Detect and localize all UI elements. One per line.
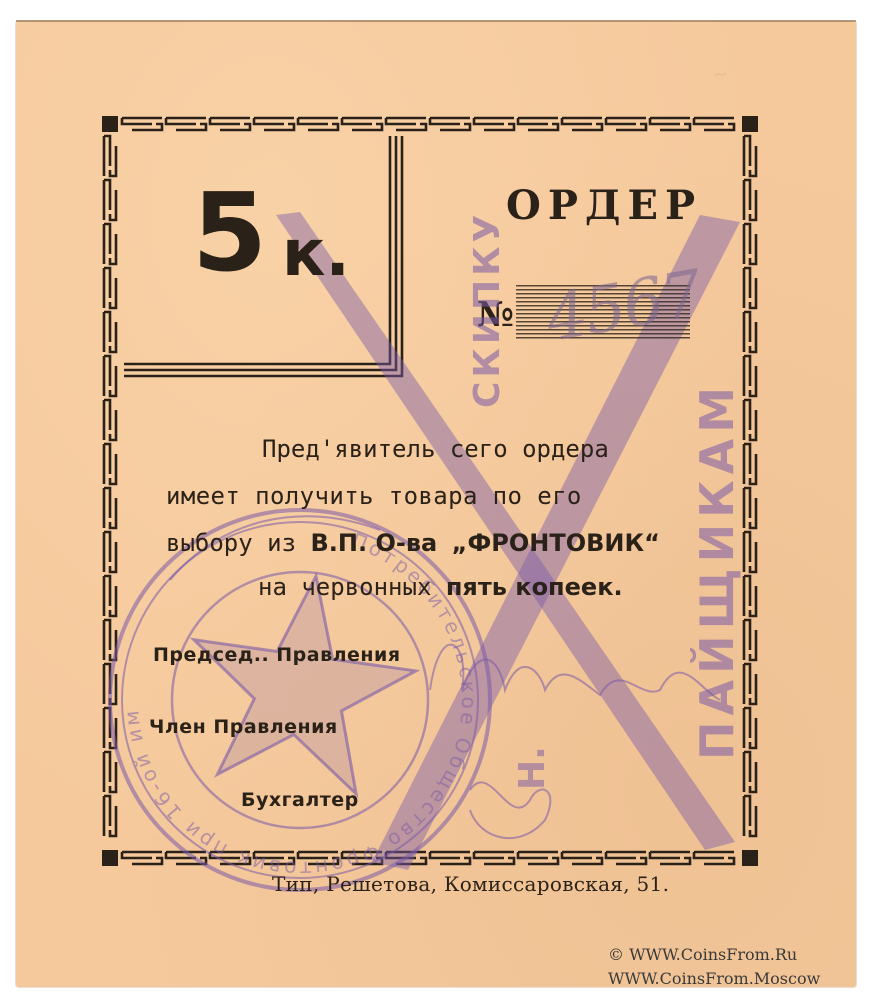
body-line-2: имеет получить товара по его — [166, 484, 582, 508]
denomination-value: 5 — [192, 180, 269, 288]
stamp-vertical-right: ПАЙЩИКАМ — [694, 381, 740, 760]
amount-words: пять копеек. — [446, 573, 623, 601]
body-line-1: Пред'явитель сего ордера — [262, 437, 609, 461]
cooperative-abbrev: В.П. О-ва — [311, 529, 438, 557]
cooperative-name: „ФРОНТОВИК“ — [452, 529, 660, 557]
watermark-line-2: WWW.CoinsFrom.Moscow — [608, 969, 820, 988]
signature-accountant: Бухгалтер — [241, 791, 359, 810]
stamp-vertical-left: СКИПКУ — [470, 211, 506, 408]
denomination-unit: к. — [282, 222, 350, 286]
body-line-3: выбору из В.П. О-ва „ФРОНТОВИК“ — [166, 531, 660, 555]
watermark-line-1: © WWW.CoinsFrom.Ru — [608, 945, 797, 964]
stamp-small-mark: Н. — [512, 746, 553, 790]
printer-imprint: Тип, Решетова, Комиссаровская, 51. — [272, 872, 669, 896]
body-line-4-text: на червонных — [258, 573, 431, 601]
body-line-3-text: выбору из — [166, 529, 296, 557]
order-title: ОРДЕР — [506, 186, 702, 226]
body-line-4: на червонных пять копеек. — [258, 575, 623, 599]
signature-chairman: Председ.. Правления — [153, 646, 401, 665]
signature-board-member: Член Правления — [149, 718, 338, 737]
